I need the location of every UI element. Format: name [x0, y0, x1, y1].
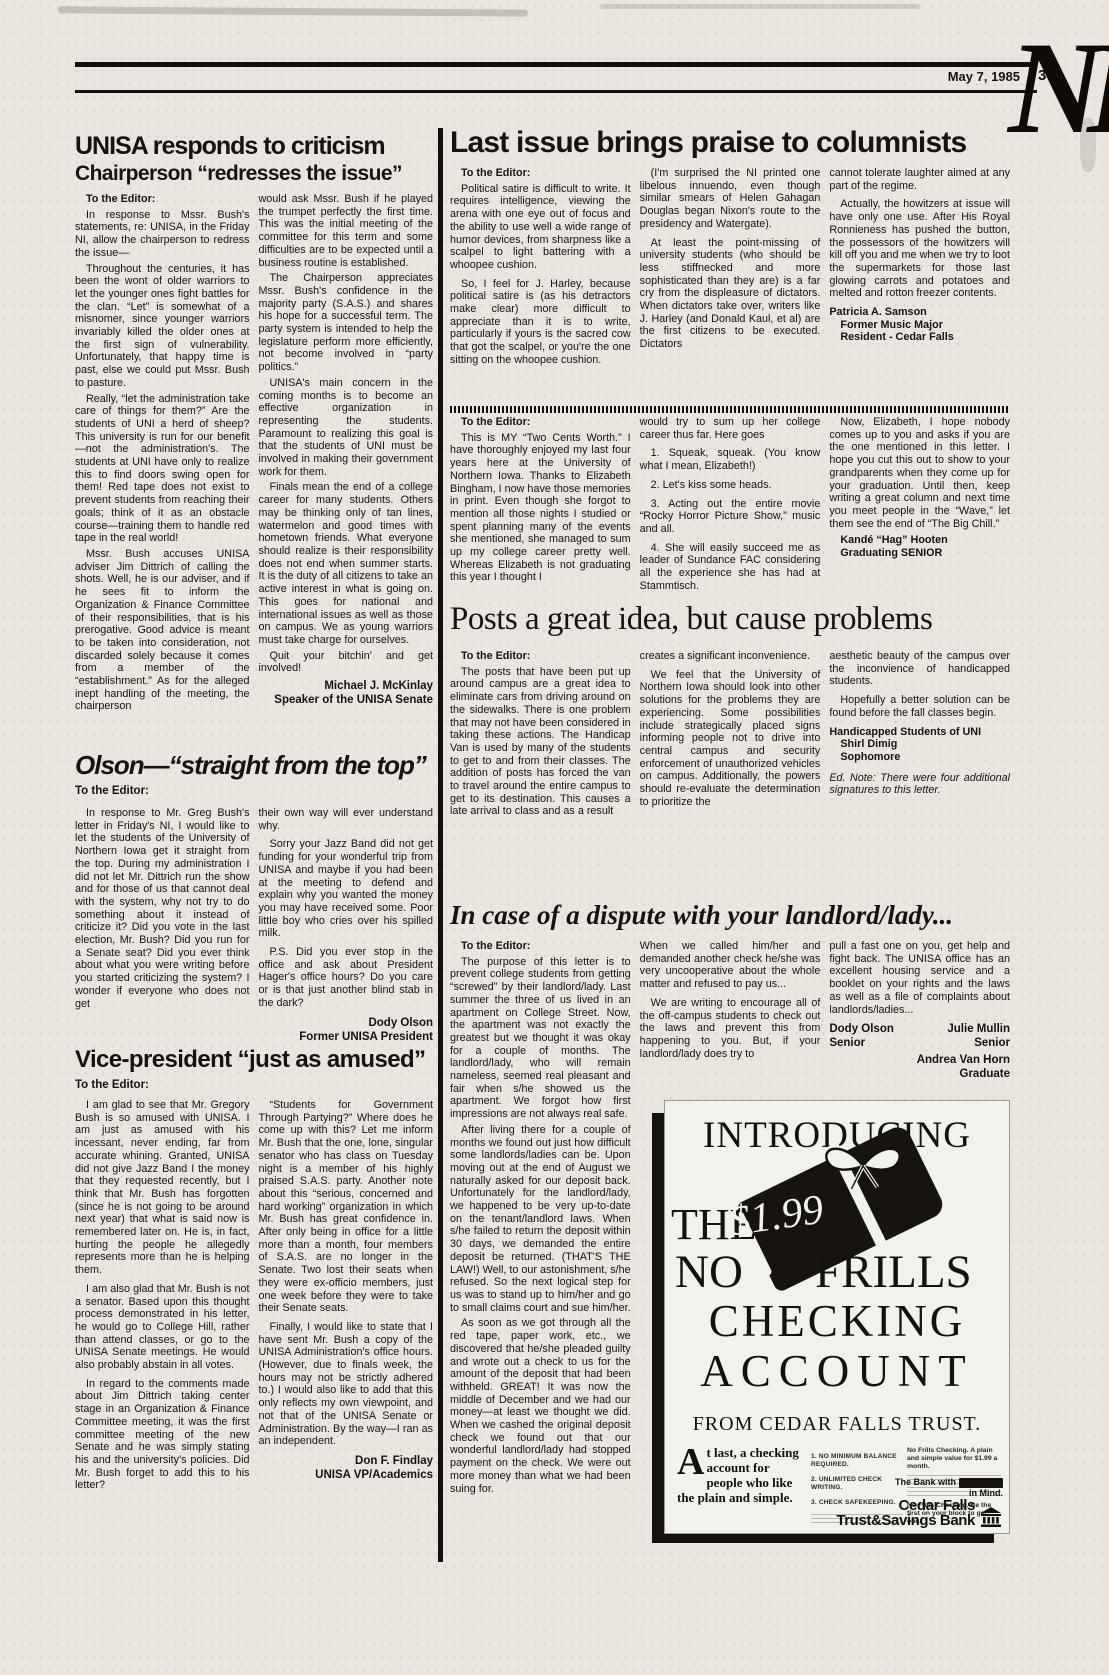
signature-name: Andrea Van Horn: [829, 1053, 1010, 1067]
column-text: In response to Mssr. Bush's statements, …: [75, 209, 250, 713]
ad-dropcap: A: [677, 1447, 704, 1477]
section-praise-letter: Last issue brings praise to columnists T…: [450, 126, 1010, 373]
paragraph: “Students for Government Through Partyin…: [259, 1099, 434, 1315]
signature: Don F. Findlay UNISA VP/Academics: [259, 1454, 434, 1482]
editor-note: Ed. Note: There were four additional sig…: [829, 772, 1010, 797]
paragraph: In response to Mr. Greg Bush's letter in…: [75, 807, 250, 1010]
column-text: would try to sum up her college career t…: [640, 416, 821, 592]
signature: Patricia A. SamsonFormer Music MajorResi…: [829, 306, 1010, 344]
headline-landlord: In case of a dispute with your landlord/…: [450, 900, 1010, 930]
ad-word-frills: FRILLS: [815, 1249, 972, 1296]
section-twocents-letter: To the Editor: This is MY “Two Cents Wor…: [450, 416, 1010, 598]
letter-column: When we called him/her and demanded anot…: [640, 940, 821, 1066]
column-text: their own way will ever understand why.S…: [259, 807, 434, 1010]
ad-word-account: ACCOUNT: [665, 1349, 1009, 1394]
bank-building-icon: [979, 1506, 1003, 1528]
salutation: To the Editor:: [450, 416, 631, 429]
paragraph: UNISA's main concern in the coming month…: [259, 377, 434, 479]
signature: Andrea Van Horn Graduate: [829, 1053, 1010, 1081]
signature: Michael J. McKinlay Speaker of the UNISA…: [259, 679, 434, 707]
signature-title: Senior: [947, 1036, 1010, 1050]
column-text: In response to Mr. Greg Bush's letter in…: [75, 807, 250, 1010]
paragraph: Hopefully a better solution can be found…: [829, 694, 1010, 719]
paragraph: The Chairperson appreciates Mssr. Bush's…: [259, 272, 434, 374]
signature: Kandé “Hag” HootenGraduating SENIOR: [829, 534, 1010, 559]
signature-name: Don F. Findlay: [259, 1454, 434, 1468]
letter-column: To the Editor: In response to Mssr. Bush…: [75, 193, 250, 716]
paragraph: Sophomore: [829, 751, 1010, 764]
paragraph: We are writing to encourage all of the o…: [640, 997, 821, 1061]
letter-column: I am glad to see that Mr. Gregory Bush i…: [75, 1099, 250, 1498]
letter-column: To the Editor: The posts that have been …: [450, 650, 631, 821]
column-text: aesthetic beauty of the campus over the …: [829, 650, 1010, 720]
ad-from-line: FROM CEDAR FALLS TRUST.: [665, 1413, 1009, 1436]
signature: Handicapped Students of UNIShirl DimigSo…: [829, 726, 1010, 764]
paragraph: Shirl Dimig: [829, 738, 1010, 751]
paragraph: The posts that have been put up around c…: [450, 666, 631, 818]
letter-column: (I'm surprised the NI printed one libelo…: [640, 167, 821, 357]
paragraph: their own way will ever understand why.: [259, 807, 434, 832]
column-text: would ask Mssr. Bush if he played the tr…: [259, 193, 434, 675]
paragraph: This is MY “Two Cents Worth.” I have tho…: [450, 432, 631, 584]
section-vp-letter: Vice-president “just as amused” To the E…: [75, 1046, 433, 1498]
letter-column: “Students for Government Through Partyin…: [259, 1099, 434, 1482]
paragraph: P.S. Did you ever stop in the office and…: [259, 946, 434, 1010]
section-unisa-letter: UNISA responds to criticism Chairperson …: [75, 132, 433, 716]
paragraph: In response to Mssr. Bush's statements, …: [75, 209, 250, 260]
salutation: To the Editor:: [450, 940, 631, 953]
signature-title: Former UNISA President: [259, 1030, 434, 1044]
bank-tagline: The Bank with: [836, 1477, 1003, 1488]
column-text: The purpose of this letter is to prevent…: [450, 956, 631, 1496]
paragraph: Patricia A. Samson: [829, 306, 1010, 319]
paragraph: After living there for a couple of month…: [450, 1124, 631, 1315]
signature-title: Senior: [829, 1036, 894, 1050]
paragraph: We feel that the University of Northern …: [640, 669, 821, 809]
paragraph: Really, “let the administration take car…: [75, 393, 250, 545]
bank-signature-block: The Bank with in Mind. Cedar Falls Trust…: [836, 1477, 1003, 1528]
paragraph: aesthetic beauty of the campus over the …: [829, 650, 1010, 688]
letter-column: To the Editor: This is MY “Two Cents Wor…: [450, 416, 631, 587]
issue-date: May 7, 1985: [860, 69, 1020, 84]
paragraph: Finals mean the end of a college career …: [259, 481, 434, 646]
scan-artifact: [58, 6, 528, 16]
paragraph: cannot tolerate laughter aimed at any pa…: [829, 167, 1010, 192]
signature: Dody Olson Senior: [829, 1022, 894, 1050]
paragraph: I am glad to see that Mr. Gregory Bush i…: [75, 1099, 250, 1277]
signature-name: Dody Olson: [829, 1022, 894, 1036]
headline-olson: Olson—“straight from the top”: [75, 750, 433, 780]
column-text: When we called him/her and demanded anot…: [640, 940, 821, 1060]
paragraph: pull a fast one on you, get help and fig…: [829, 940, 1010, 1016]
scan-artifact: [600, 4, 920, 9]
paragraph: 1. NO MINIMUM BALANCE REQUIRED.: [811, 1453, 903, 1469]
section-landlord-headline: In case of a dispute with your landlord/…: [450, 900, 1010, 930]
salutation: To the Editor:: [75, 193, 250, 206]
paragraph: creates a significant inconvenience.: [640, 650, 821, 663]
paragraph: 1. Squeak, squeak. (You know what I mean…: [640, 447, 821, 472]
section-posts-letter: To the Editor: The posts that have been …: [450, 650, 1010, 821]
letter-column: To the Editor: Political satire is diffi…: [450, 167, 631, 373]
column-divider-rule: [438, 128, 443, 1562]
bank-name: Cedar Falls Trust&Savings Bank: [836, 1498, 975, 1528]
signature-title: Speaker of the UNISA Senate: [259, 693, 434, 707]
paragraph: would try to sum up her college career t…: [640, 416, 821, 441]
column-text: I am glad to see that Mr. Gregory Bush i…: [75, 1099, 250, 1492]
ad-word-no: NO: [675, 1249, 743, 1296]
headline-posts: Posts a great idea, but cause problems: [450, 601, 1010, 637]
newspaper-page: May 7, 1985 3 NI UNISA responds to criti…: [0, 0, 1109, 1675]
column-text: Now, Elizabeth, I hope nobody comes up t…: [829, 416, 1010, 530]
bank-advertisement: INTRODUCING $1.99 THE NO FRILLS CHECKING…: [664, 1100, 1008, 1532]
ad-tagline: At last, a checking account for people w…: [677, 1445, 799, 1505]
signature-pair: Dody Olson Senior Julie Mullin Senior: [829, 1022, 1010, 1050]
paragraph: Handicapped Students of UNI: [829, 726, 1010, 739]
fine-print-line: No Frills Checking. A plain and simple v…: [907, 1447, 1001, 1471]
ad-card: INTRODUCING $1.99 THE NO FRILLS CHECKING…: [664, 1100, 1010, 1534]
headline-praise: Last issue brings praise to columnists: [450, 126, 1010, 159]
paragraph: Resident - Cedar Falls: [829, 331, 1010, 344]
paragraph: 4. She will easily succeed me as leader …: [640, 542, 821, 593]
signature: Julie Mullin Senior: [947, 1022, 1010, 1050]
signature-title: Graduate: [829, 1067, 1010, 1081]
header-rule-bottom: [75, 90, 1037, 93]
paragraph: Ed. Note: There were four additional sig…: [829, 772, 1010, 797]
paragraph: Throughout the centuries, it has been th…: [75, 263, 250, 390]
paragraph: I am also glad that Mr. Bush is not a se…: [75, 1283, 250, 1372]
signature-name: Michael J. McKinlay: [259, 679, 434, 693]
ad-word-checking: CHECKING: [665, 1299, 1009, 1344]
headline-vp: Vice-president “just as amused”: [75, 1046, 433, 1074]
letter-column: their own way will ever understand why.S…: [259, 807, 434, 1044]
subheadline-chairperson: Chairperson “redresses the issue”: [75, 161, 433, 186]
paragraph: Mssr. Bush accuses UNISA adviser Jim Dit…: [75, 548, 250, 713]
paragraph: The purpose of this letter is to prevent…: [450, 956, 631, 1121]
paragraph: would ask Mssr. Bush if he played the tr…: [259, 193, 434, 269]
ni-masthead-logo: NI: [1008, 22, 1109, 154]
letter-column: To the Editor: The purpose of this lette…: [450, 940, 631, 1498]
letter-column: cannot tolerate laughter aimed at any pa…: [829, 167, 1010, 344]
section-posts-headline: Posts a great idea, but cause problems: [450, 601, 1010, 637]
paragraph: (I'm surprised the NI printed one libelo…: [640, 167, 821, 231]
column-text: pull a fast one on you, get help and fig…: [829, 940, 1010, 1016]
column-text: creates a significant inconvenience.We f…: [640, 650, 821, 808]
letter-column: would try to sum up her college career t…: [640, 416, 821, 598]
letter-column: Now, Elizabeth, I hope nobody comes up t…: [829, 416, 1010, 560]
paragraph: Actually, the howitzers at issue will ha…: [829, 198, 1010, 300]
letter-column: In response to Mr. Greg Bush's letter in…: [75, 807, 250, 1013]
paragraph: Former Music Major: [829, 319, 1010, 332]
paragraph: At least the point-missing of university…: [640, 237, 821, 351]
column-text: cannot tolerate laughter aimed at any pa…: [829, 167, 1010, 300]
letter-column: aesthetic beauty of the campus over the …: [829, 650, 1010, 800]
column-text: This is MY “Two Cents Worth.” I have tho…: [450, 432, 631, 584]
paragraph: Graduating SENIOR: [829, 547, 1010, 560]
paragraph: As soon as we got through all the red ta…: [450, 1317, 631, 1495]
paragraph: Now, Elizabeth, I hope nobody comes up t…: [829, 416, 1010, 530]
salutation: To the Editor:: [75, 1079, 433, 1091]
letter-divider-stripes: [450, 406, 1010, 413]
section-olson-letter: Olson—“straight from the top” To the Edi…: [75, 750, 433, 1044]
signature-name: Dody Olson: [259, 1016, 434, 1030]
header-rule-top: [75, 62, 1037, 67]
paragraph: Finally, I would like to state that I ha…: [259, 1321, 434, 1448]
paragraph: In regard to the comments made about Jim…: [75, 1378, 250, 1492]
paragraph: When we called him/her and demanded anot…: [640, 940, 821, 991]
column-text: Political satire is difficult to write. …: [450, 183, 631, 367]
letter-column: would ask Mssr. Bush if he played the tr…: [259, 193, 434, 707]
paragraph: Kandé “Hag” Hooten: [829, 534, 1010, 547]
ribbon-bow-icon: [815, 1135, 911, 1193]
salutation: To the Editor:: [450, 650, 631, 663]
headline-unisa: UNISA responds to criticism: [75, 132, 433, 160]
paragraph: 2. Let's kiss some heads.: [640, 479, 821, 492]
paragraph: Political satire is difficult to write. …: [450, 183, 631, 272]
column-text: “Students for Government Through Partyin…: [259, 1099, 434, 1448]
letter-column: pull a fast one on you, get help and fig…: [829, 940, 1010, 1081]
signature-name: Julie Mullin: [947, 1022, 1010, 1036]
paragraph: Quit your bitchin' and get involved!: [259, 650, 434, 675]
column-text: (I'm surprised the NI printed one libelo…: [640, 167, 821, 351]
bank-tagline-text: The Bank with: [895, 1477, 956, 1487]
salutation: To the Editor:: [450, 167, 631, 180]
paragraph: So, I feel for J. Harley, because politi…: [450, 278, 631, 367]
column-text: The posts that have been put up around c…: [450, 666, 631, 818]
signature-title: UNISA VP/Academics: [259, 1468, 434, 1482]
paragraph: Sorry your Jazz Band did not get funding…: [259, 838, 434, 940]
letter-column: creates a significant inconvenience.We f…: [640, 650, 821, 814]
signature: Dody Olson Former UNISA President: [259, 1016, 434, 1044]
bank-tagline-block: [959, 1478, 1003, 1488]
paragraph: 3. Acting out the entire movie “Rocky Ho…: [640, 498, 821, 536]
salutation: To the Editor:: [75, 785, 433, 797]
